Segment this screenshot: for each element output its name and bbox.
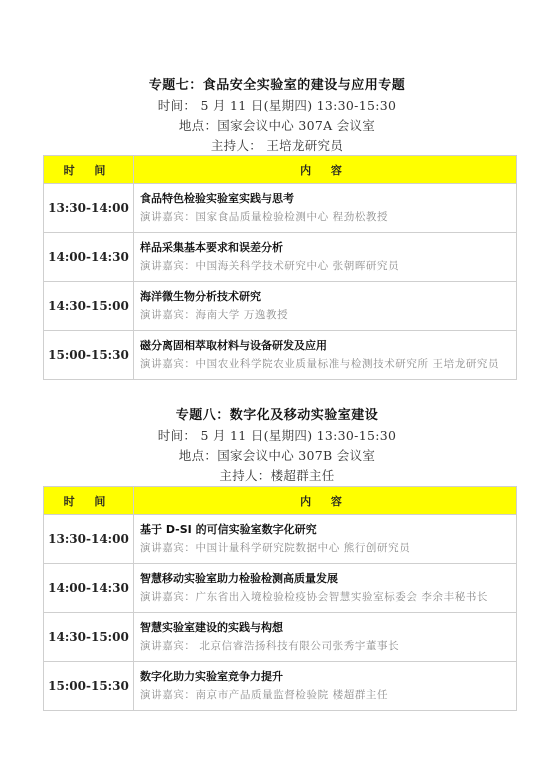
talk-title: 样品采集基本要求和误差分析 (140, 239, 516, 257)
table-row: 13:30-14:00 基于 D-SI 的可信实验室数字化研究 演讲嘉宾：中国计… (44, 515, 517, 564)
content-cell: 智慧移动实验室助力检验检测高质量发展 演讲嘉宾：广东省出入境检验检疫协会智慧实验… (134, 564, 517, 613)
table-header-row: 时 间 内 容 (44, 156, 517, 184)
talk-speaker: 演讲嘉宾：中国海关科学技术研究中心 张朝晖研究员 (140, 257, 516, 275)
table-row: 14:00-14:30 样品采集基本要求和误差分析 演讲嘉宾：中国海关科学技术研… (44, 233, 517, 282)
talk-title: 磁分离固相萃取材料与设备研发及应用 (140, 337, 516, 355)
session-host: 主持人： 王培龙研究员 (0, 136, 554, 156)
column-header-content: 内 容 (134, 487, 517, 515)
time-cell: 14:00-14:30 (44, 564, 134, 613)
agenda-table-session-7: 时 间 内 容 13:30-14:00 食品特色检验实验室实践与思考 演讲嘉宾：… (43, 155, 517, 380)
talk-title: 智慧移动实验室助力检验检测高质量发展 (140, 570, 516, 588)
table-row: 13:30-14:00 食品特色检验实验室实践与思考 演讲嘉宾：国家食品质量检验… (44, 184, 517, 233)
table-row: 14:30-15:00 海洋微生物分析技术研究 演讲嘉宾：海南大学 万逸教授 (44, 282, 517, 331)
time-cell: 13:30-14:00 (44, 515, 134, 564)
talk-speaker: 演讲嘉宾：中国计量科学研究院数据中心 熊行创研究员 (140, 539, 516, 557)
talk-speaker: 演讲嘉宾：南京市产品质量监督检验院 楼超群主任 (140, 686, 516, 704)
session-8: 专题八：数字化及移动实验室建设 时间： 5 月 11 日(星期四) 13:30-… (0, 406, 554, 486)
talk-title: 智慧实验室建设的实践与构想 (140, 619, 516, 637)
talk-speaker: 演讲嘉宾： 北京信睿浩扬科技有限公司张秀宇董事长 (140, 637, 516, 655)
content-cell: 智慧实验室建设的实践与构想 演讲嘉宾： 北京信睿浩扬科技有限公司张秀宇董事长 (134, 613, 517, 662)
table-row: 14:00-14:30 智慧移动实验室助力检验检测高质量发展 演讲嘉宾：广东省出… (44, 564, 517, 613)
table-row: 15:00-15:30 数字化助力实验室竞争力提升 演讲嘉宾：南京市产品质量监督… (44, 662, 517, 711)
column-header-time: 时 间 (44, 156, 134, 184)
time-cell: 15:00-15:30 (44, 662, 134, 711)
session-7: 专题七：食品安全实验室的建设与应用专题 时间： 5 月 11 日(星期四) 13… (0, 76, 554, 156)
column-header-time: 时 间 (44, 487, 134, 515)
talk-speaker: 演讲嘉宾：国家食品质量检验检测中心 程劲松教授 (140, 208, 516, 226)
content-cell: 数字化助力实验室竞争力提升 演讲嘉宾：南京市产品质量监督检验院 楼超群主任 (134, 662, 517, 711)
time-cell: 14:30-15:00 (44, 613, 134, 662)
session-title: 专题八：数字化及移动实验室建设 (0, 406, 554, 426)
table-row: 14:30-15:00 智慧实验室建设的实践与构想 演讲嘉宾： 北京信睿浩扬科技… (44, 613, 517, 662)
session-time: 时间： 5 月 11 日(星期四) 13:30-15:30 (0, 426, 554, 446)
session-location: 地点：国家会议中心 307B 会议室 (0, 446, 554, 466)
table-row: 15:00-15:30 磁分离固相萃取材料与设备研发及应用 演讲嘉宾：中国农业科… (44, 331, 517, 380)
talk-speaker: 演讲嘉宾：海南大学 万逸教授 (140, 306, 516, 324)
table-header-row: 时 间 内 容 (44, 487, 517, 515)
session-host: 主持人：楼超群主任 (0, 466, 554, 486)
session-title: 专题七：食品安全实验室的建设与应用专题 (0, 76, 554, 96)
session-location: 地点：国家会议中心 307A 会议室 (0, 116, 554, 136)
talk-speaker: 演讲嘉宾：广东省出入境检验检疫协会智慧实验室标委会 李余丰秘书长 (140, 588, 516, 606)
time-cell: 14:30-15:00 (44, 282, 134, 331)
time-cell: 14:00-14:30 (44, 233, 134, 282)
content-cell: 基于 D-SI 的可信实验室数字化研究 演讲嘉宾：中国计量科学研究院数据中心 熊… (134, 515, 517, 564)
talk-title: 基于 D-SI 的可信实验室数字化研究 (140, 521, 516, 539)
talk-title: 数字化助力实验室竞争力提升 (140, 668, 516, 686)
agenda-table-session-8: 时 间 内 容 13:30-14:00 基于 D-SI 的可信实验室数字化研究 … (43, 486, 517, 711)
time-cell: 13:30-14:00 (44, 184, 134, 233)
talk-title: 海洋微生物分析技术研究 (140, 288, 516, 306)
session-header: 专题八：数字化及移动实验室建设 时间： 5 月 11 日(星期四) 13:30-… (0, 406, 554, 486)
content-cell: 样品采集基本要求和误差分析 演讲嘉宾：中国海关科学技术研究中心 张朝晖研究员 (134, 233, 517, 282)
session-time: 时间： 5 月 11 日(星期四) 13:30-15:30 (0, 96, 554, 116)
session-header: 专题七：食品安全实验室的建设与应用专题 时间： 5 月 11 日(星期四) 13… (0, 76, 554, 156)
time-cell: 15:00-15:30 (44, 331, 134, 380)
content-cell: 磁分离固相萃取材料与设备研发及应用 演讲嘉宾：中国农业科学院农业质量标准与检测技… (134, 331, 517, 380)
talk-speaker: 演讲嘉宾：中国农业科学院农业质量标准与检测技术研究所 王培龙研究员 (140, 355, 516, 373)
column-header-content: 内 容 (134, 156, 517, 184)
content-cell: 海洋微生物分析技术研究 演讲嘉宾：海南大学 万逸教授 (134, 282, 517, 331)
talk-title: 食品特色检验实验室实践与思考 (140, 190, 516, 208)
content-cell: 食品特色检验实验室实践与思考 演讲嘉宾：国家食品质量检验检测中心 程劲松教授 (134, 184, 517, 233)
